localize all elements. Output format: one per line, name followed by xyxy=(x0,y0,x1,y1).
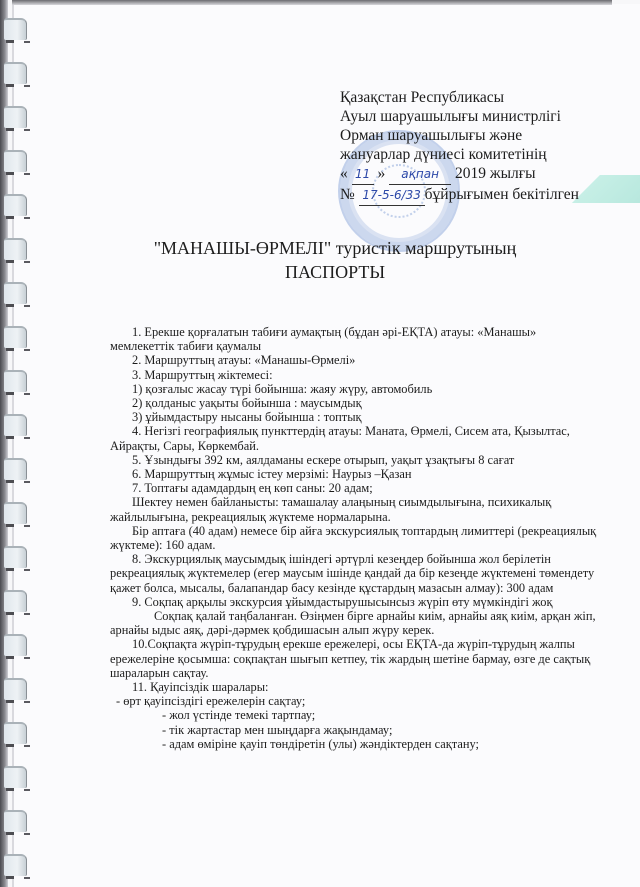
item-3: 3. Маршруттың жіктемесі: xyxy=(110,368,602,382)
binding-ring xyxy=(4,590,27,612)
safety-measure: - жол үстінде темекі тартпау; xyxy=(110,708,602,722)
handwritten-order-number: 17-5-6/33 xyxy=(359,186,425,206)
binding-ring xyxy=(4,18,27,40)
safety-measure: - өрт қауіпсіздігі ережелерін сақтау; xyxy=(110,694,602,708)
binding-ring xyxy=(4,502,27,524)
approval-date-line: « 11 » ақпан 2019 жылғы xyxy=(340,164,600,185)
binding-ring xyxy=(4,414,27,436)
document-body: 1. Ерекше қорғалатын табиғи аумақтың (бұ… xyxy=(110,325,602,751)
order-suffix: бұйрығымен бекітілген xyxy=(425,186,579,203)
item-9: 9. Соқпақ арқылы экскурсия ұйымдастырушы… xyxy=(110,595,602,609)
spiral-binding xyxy=(4,10,30,880)
binding-ring xyxy=(4,766,27,788)
title-line-1: "МАНАШЫ-ӨРМЕЛІ" туристік маршрутының xyxy=(30,236,640,260)
safety-measure: - тік жартастар мен шыңдарға жақындамау; xyxy=(110,723,602,737)
binding-ring xyxy=(4,62,27,84)
date-year: 2019 жылғы xyxy=(455,165,536,182)
item-7: 7. Топтағы адамдардың ең көп саны: 20 ад… xyxy=(110,481,602,495)
binding-ring xyxy=(4,326,27,348)
binding-ring xyxy=(4,722,27,744)
item-7-limits: Шектеу немен байланысты: тамашалау алаңы… xyxy=(110,495,602,523)
approval-block: Қазақстан Республикасы Ауыл шаруашылығы … xyxy=(340,88,600,206)
binding-ring xyxy=(4,854,27,876)
item-7-weekly: Бір аптаға (40 адам) немесе бір айға экс… xyxy=(110,524,602,552)
binding-ring xyxy=(4,282,27,304)
approval-line: жануарлар дүниесі комитетінің xyxy=(340,145,600,164)
item-9-marking: Соқпақ қалай таңбаланған. Өзіңмен бірге … xyxy=(110,609,602,637)
safety-measure: - адам өміріне қауіп төндіретін (улы) жә… xyxy=(110,737,602,751)
item-8: 8. Экскурциялық маусымдық ішіндегі әртүр… xyxy=(110,552,602,595)
item-11: 11. Қауіпсіздік шаралары: xyxy=(110,680,602,694)
approval-line: Орман шаруашылығы және xyxy=(340,126,600,145)
binding-ring xyxy=(4,106,27,128)
item-3-3: 3) ұйымдастыру нысаны бойынша : топтық xyxy=(110,410,602,424)
approval-line: Қазақстан Республикасы xyxy=(340,88,600,107)
binding-ring xyxy=(4,634,27,656)
item-10: 10.Соқпақта жүріп-тұрудың ерекше ережеле… xyxy=(110,637,602,680)
handwritten-month: ақпан xyxy=(389,165,451,185)
item-5: 5. Ұзындығы 392 км, аялдаманы ескере оты… xyxy=(110,453,602,467)
item-3-2: 2) қолданыс уақыты бойынша : маусымдық xyxy=(110,396,602,410)
item-4: 4. Негізгі географиялық пункттердің атау… xyxy=(110,424,602,452)
binding-ring xyxy=(4,370,27,392)
date-open-quote: « xyxy=(340,165,348,182)
binding-ring xyxy=(4,810,27,832)
binding-ring xyxy=(4,546,27,568)
approval-order-line: № 17-5-6/33бұйрығымен бекітілген xyxy=(340,185,600,206)
binding-ring xyxy=(4,194,27,216)
title-line-2: ПАСПОРТЫ xyxy=(30,260,640,284)
handwritten-day: 11 xyxy=(352,165,374,185)
binding-ring xyxy=(4,458,27,480)
item-6: 6. Маршруттың жұмыс істеу мерзімі: Науры… xyxy=(110,467,602,481)
item-2: 2. Маршруттың атауы: «Манашы-Өрмелі» xyxy=(110,353,602,367)
page-top-shadow xyxy=(12,0,612,5)
document-title: "МАНАШЫ-ӨРМЕЛІ" туристік маршрутының ПАС… xyxy=(0,236,640,284)
approval-line: Ауыл шаруашылығы министрлігі xyxy=(340,107,600,126)
binding-ring xyxy=(4,150,27,172)
item-1: 1. Ерекше қорғалатын табиғи аумақтың (бұ… xyxy=(110,325,602,353)
item-3-1: 1) қозғалыс жасау түрі бойынша: жаяу жүр… xyxy=(110,382,602,396)
date-close-quote: » xyxy=(378,165,386,182)
binding-ring xyxy=(4,678,27,700)
order-number-sign: № xyxy=(340,186,355,203)
